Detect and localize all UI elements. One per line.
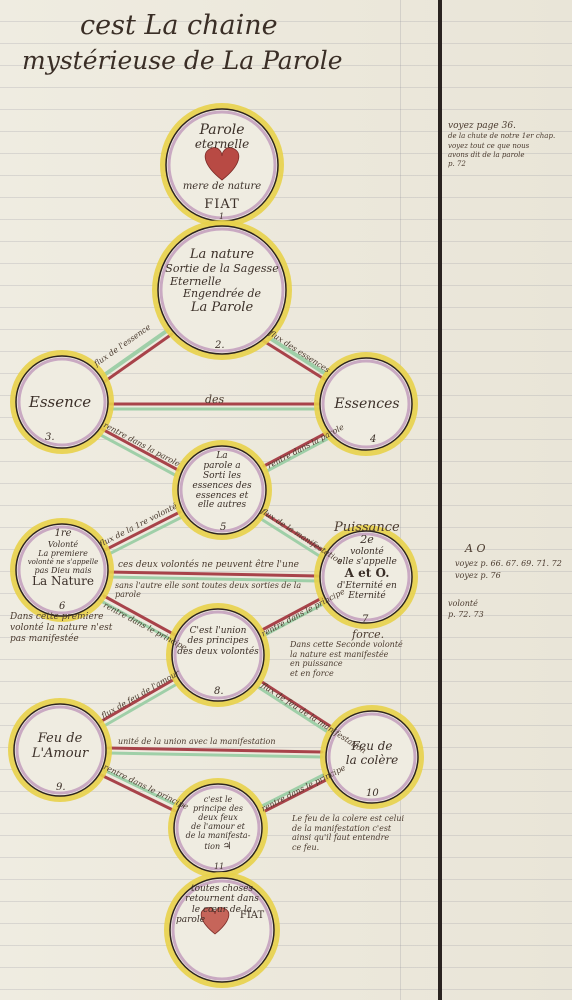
margin-note-line: voyez p. 76 (455, 570, 562, 583)
circle-10-number: 10 (366, 788, 379, 799)
circle-5-line: elle autres (184, 501, 260, 511)
margin-note-3: volonté p. 72. 73 (448, 598, 484, 620)
circle-7-number: 7 (362, 614, 368, 625)
margin-note-line: voyez page 36. (448, 120, 555, 132)
circle-9-number: 9. (56, 782, 66, 793)
circle-2-line: La nature (162, 248, 282, 263)
circle-1-line: eternelle (180, 138, 264, 152)
circle-7-line: A et O. (322, 567, 412, 581)
circle-11-text: c'est le principe des deux feux de l'amo… (178, 796, 258, 852)
circle-2-line: Engendrée de (162, 288, 282, 301)
circle-9-text: Feu de L'Amour (18, 732, 102, 762)
circle-12-line: toutes choses (176, 884, 268, 894)
circle-8-line: des principes (176, 636, 260, 646)
circle-4-number: 4 (370, 434, 376, 445)
circle-2-text: La nature Sortie de la Sagesse Eternelle… (162, 248, 282, 316)
circle-1-sub: mere de nature (172, 181, 272, 193)
manuscript-page: cest La chaine mystérieuse de La Parole (0, 0, 572, 1000)
margin-note-2: A O voyez p. 66. 67. 69. 71. 72 voyez p.… (455, 540, 562, 583)
circle-9-line: Feu de (18, 732, 102, 747)
circle-11-line: de la manifesta- (178, 832, 258, 841)
annotation-line: la nature est manifestée (290, 650, 403, 660)
circle-5-text: La parole a Sorti les essences des essen… (184, 452, 260, 511)
circle-1-fiat: FIAT (192, 198, 252, 213)
circle-6-text: 1re Volonté La premiere volonté ne s'app… (20, 528, 106, 589)
circle-8-line: des deux volontés (176, 647, 260, 657)
margin-note-line: A O (455, 540, 562, 558)
circle-11-number: 11 (214, 862, 224, 871)
annotation-right-of-c11: Le feu de la colere est celui de la mani… (292, 814, 404, 852)
circle-2-line: Sortie de la Sagesse (162, 263, 282, 276)
label-c9-c10: unité de la union avec la manifestation (118, 737, 276, 746)
margin-note-line: de la chute de notre 1er chap. (448, 132, 555, 141)
margin-note-line: avons dit de la parole (448, 151, 555, 160)
margin-note-line: volonté (448, 598, 484, 609)
annotation-line: Le feu de la colere est celui (292, 814, 404, 824)
annotation-line: ainsi qu'il faut entendre (292, 833, 404, 843)
circle-5-number: 5 (220, 522, 226, 533)
circle-6-line: volonté ne s'appelle (20, 558, 106, 566)
circle-2-line: La Parole (162, 301, 282, 316)
circle-6-line: 1re (20, 528, 106, 540)
margin-note-line: voyez p. 66. 67. 69. 71. 72 (455, 558, 562, 571)
label-c6-c7-top: ces deux volontés ne peuvent être l'une (118, 560, 299, 570)
circle-8-number: 8. (214, 686, 224, 697)
circle-8-line: C'est l'union (176, 626, 260, 636)
circle-12-fiat: FIAT (232, 910, 272, 922)
circle-6-line: Volonté (20, 540, 106, 549)
annotation-below-c7: Dans cette Seconde volonté la nature est… (290, 640, 403, 678)
annotation-puissance: Puissance (334, 520, 400, 536)
label-c6-c7-bottom: sans l'autre elle sont toutes deux sorti… (115, 581, 315, 599)
circle-3-number: 3. (45, 432, 55, 443)
margin-note-1: voyez page 36. de la chute de notre 1er … (448, 120, 555, 170)
annotation-line: ce feu. (292, 843, 404, 853)
annotation-line: volonté la nature n'est (10, 623, 112, 634)
circle-6-number: 6 (59, 601, 65, 612)
margin-note-line: p. 72 (448, 160, 555, 169)
annotation-line: Dans cette Seconde volonté (290, 640, 403, 650)
circle-6-line: La premiere (20, 549, 106, 558)
margin-note-line: p. 72. 73 (448, 609, 484, 620)
margin-note-line: voyez tout ce que nous (448, 142, 555, 151)
circle-1-line: Parole (180, 122, 264, 138)
circle-1-number: 1 (219, 212, 224, 221)
circle-2-number: 2. (215, 340, 225, 351)
circle-7-line: 2e (322, 534, 412, 547)
annotation-line: pas manifestée (10, 634, 112, 645)
label-c3-c4: des (205, 393, 224, 406)
circle-3-text: Essence (20, 394, 100, 411)
annotation-line: en puissance (290, 659, 403, 669)
circle-8-text: C'est l'union des principes des deux vol… (176, 626, 260, 657)
annotation-line: et en force (290, 669, 403, 679)
annotation-line: Dans cette premiere (10, 612, 112, 623)
circle-12-line: retournent dans (176, 894, 268, 904)
jupiter-symbol-icon: ♃ (223, 841, 232, 852)
circle-1-text: Parole eternelle (180, 122, 264, 152)
annotation-line: de la manifestation c'est (292, 824, 404, 834)
circle-11-line: tion (204, 842, 220, 851)
circle-11-line-last: tion ♃ (178, 841, 258, 852)
circle-4-text: Essences (322, 396, 412, 412)
circle-9-line: L'Amour (18, 747, 102, 762)
annotation-below-c6: Dans cette premiere volonté la nature n'… (10, 612, 112, 644)
circle-6-line: La Nature (20, 575, 106, 589)
